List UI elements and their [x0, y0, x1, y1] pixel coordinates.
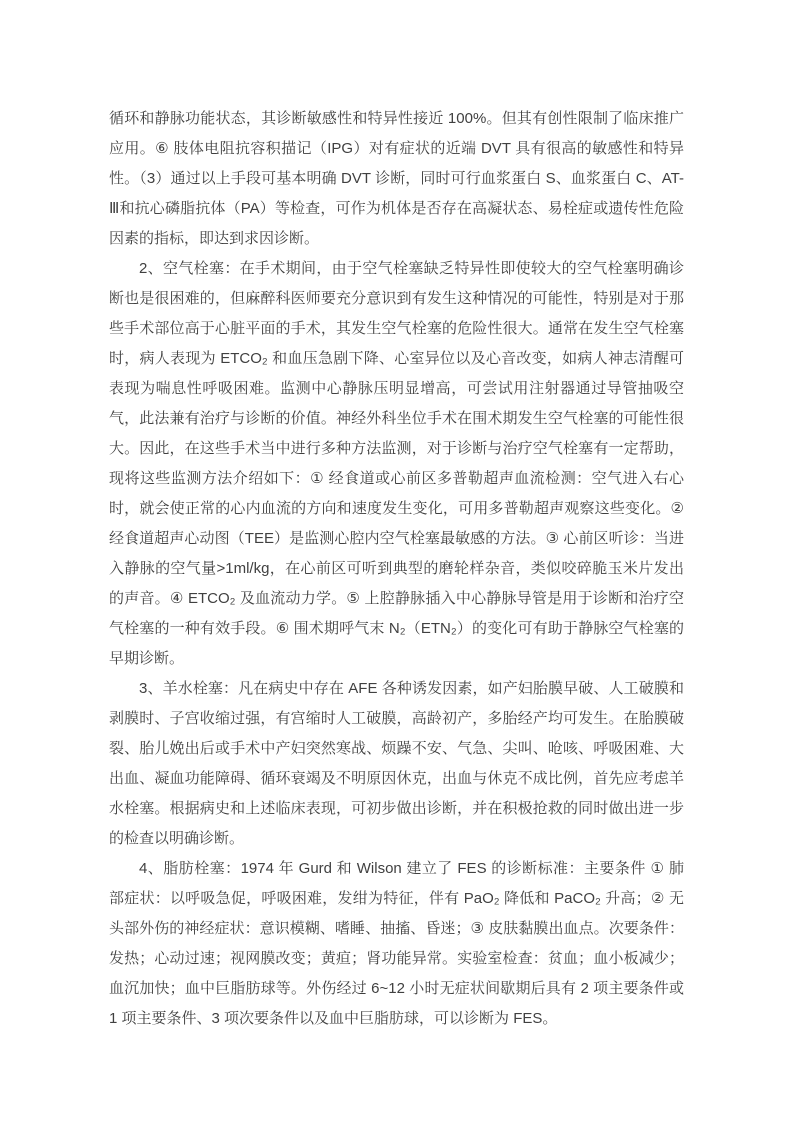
paragraph-dvt-diagnosis-continuation: 循环和静脉功能状态，其诊断敏感性和特异性接近 100%。但其有创性限制了临床推广…	[109, 104, 684, 254]
paragraph-amniotic-fluid-embolism: 3、羊水栓塞：凡在病史中存在 AFE 各种诱发因素，如产妇胎膜早破、人工破膜和剥…	[109, 674, 684, 854]
document-page: 循环和静脉功能状态，其诊断敏感性和特异性接近 100%。但其有创性限制了临床推广…	[0, 0, 793, 1122]
paragraph-fat-embolism: 4、脂肪栓塞：1974 年 Gurd 和 Wilson 建立了 FES 的诊断标…	[109, 854, 684, 1034]
paragraph-air-embolism: 2、空气栓塞：在手术期间，由于空气栓塞缺乏特异性即使较大的空气栓塞明确诊断也是很…	[109, 254, 684, 674]
